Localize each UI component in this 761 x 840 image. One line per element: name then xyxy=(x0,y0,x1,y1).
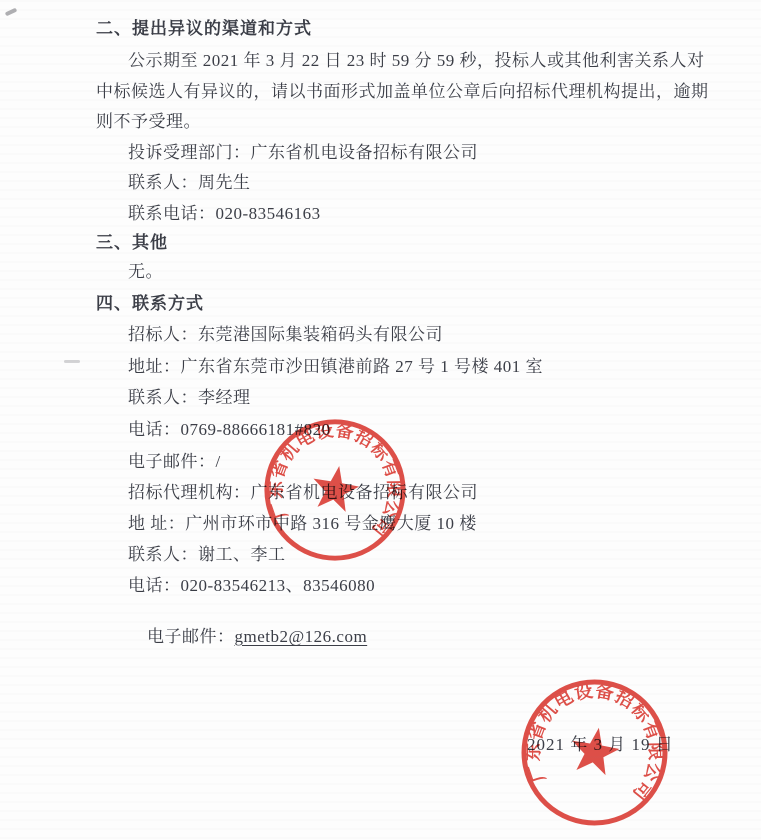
section-4-heading: 四、联系方式 xyxy=(96,294,204,314)
agency-contact-line: 联系人：谢工、李工 xyxy=(128,545,286,565)
section-3-none-line: 无。 xyxy=(128,262,163,282)
scan-artifact xyxy=(64,360,80,363)
tenderer-line: 招标人：东莞港国际集装箱码头有限公司 xyxy=(128,325,443,345)
complaint-phone-line: 联系电话：020-83546163 xyxy=(128,204,321,224)
section-2-heading: 二、提出异议的渠道和方式 xyxy=(96,19,312,39)
tenderer-email-line: 电子邮件：/ xyxy=(128,452,221,472)
section-2-paragraph-line-1: 公示期至 2021 年 3 月 22 日 23 时 59 分 59 秒，投标人或… xyxy=(128,51,705,71)
scan-artifact xyxy=(5,8,18,17)
agency-email-line: 电子邮件：gmetb2@126.com xyxy=(128,607,367,667)
tenderer-address-line: 地址：广东省东莞市沙田镇港前路 27 号 1 号楼 401 室 xyxy=(128,357,543,377)
agency-email-label: 电子邮件： xyxy=(147,627,235,646)
document-page: 二、提出异议的渠道和方式 公示期至 2021 年 3 月 22 日 23 时 5… xyxy=(0,0,761,840)
tenderer-contact-line: 联系人：李经理 xyxy=(128,388,251,408)
tenderer-phone-line: 电话：0769-88666181#820 xyxy=(128,420,331,440)
complaint-department-line: 投诉受理部门：广东省机电设备招标有限公司 xyxy=(128,143,478,163)
agency-email-address[interactable]: gmetb2@126.com xyxy=(235,627,368,646)
document-date: 2021 年 3 月 19 日 xyxy=(527,735,674,755)
complaint-contact-line: 联系人：周先生 xyxy=(128,173,251,193)
section-3-heading: 三、其他 xyxy=(96,233,168,253)
agency-phone-line: 电话：020-83546213、83546080 xyxy=(128,576,375,596)
section-2-paragraph-line-3: 则不予受理。 xyxy=(96,112,201,132)
agency-address-line: 地 址：广州市环市中路 316 号金鹰大厦 10 楼 xyxy=(128,514,477,534)
section-2-paragraph-line-2: 中标候选人有异议的，请以书面形式加盖单位公章后向招标代理机构提出，逾期 xyxy=(96,82,709,102)
agency-line: 招标代理机构：广东省机电设备招标有限公司 xyxy=(128,483,478,503)
